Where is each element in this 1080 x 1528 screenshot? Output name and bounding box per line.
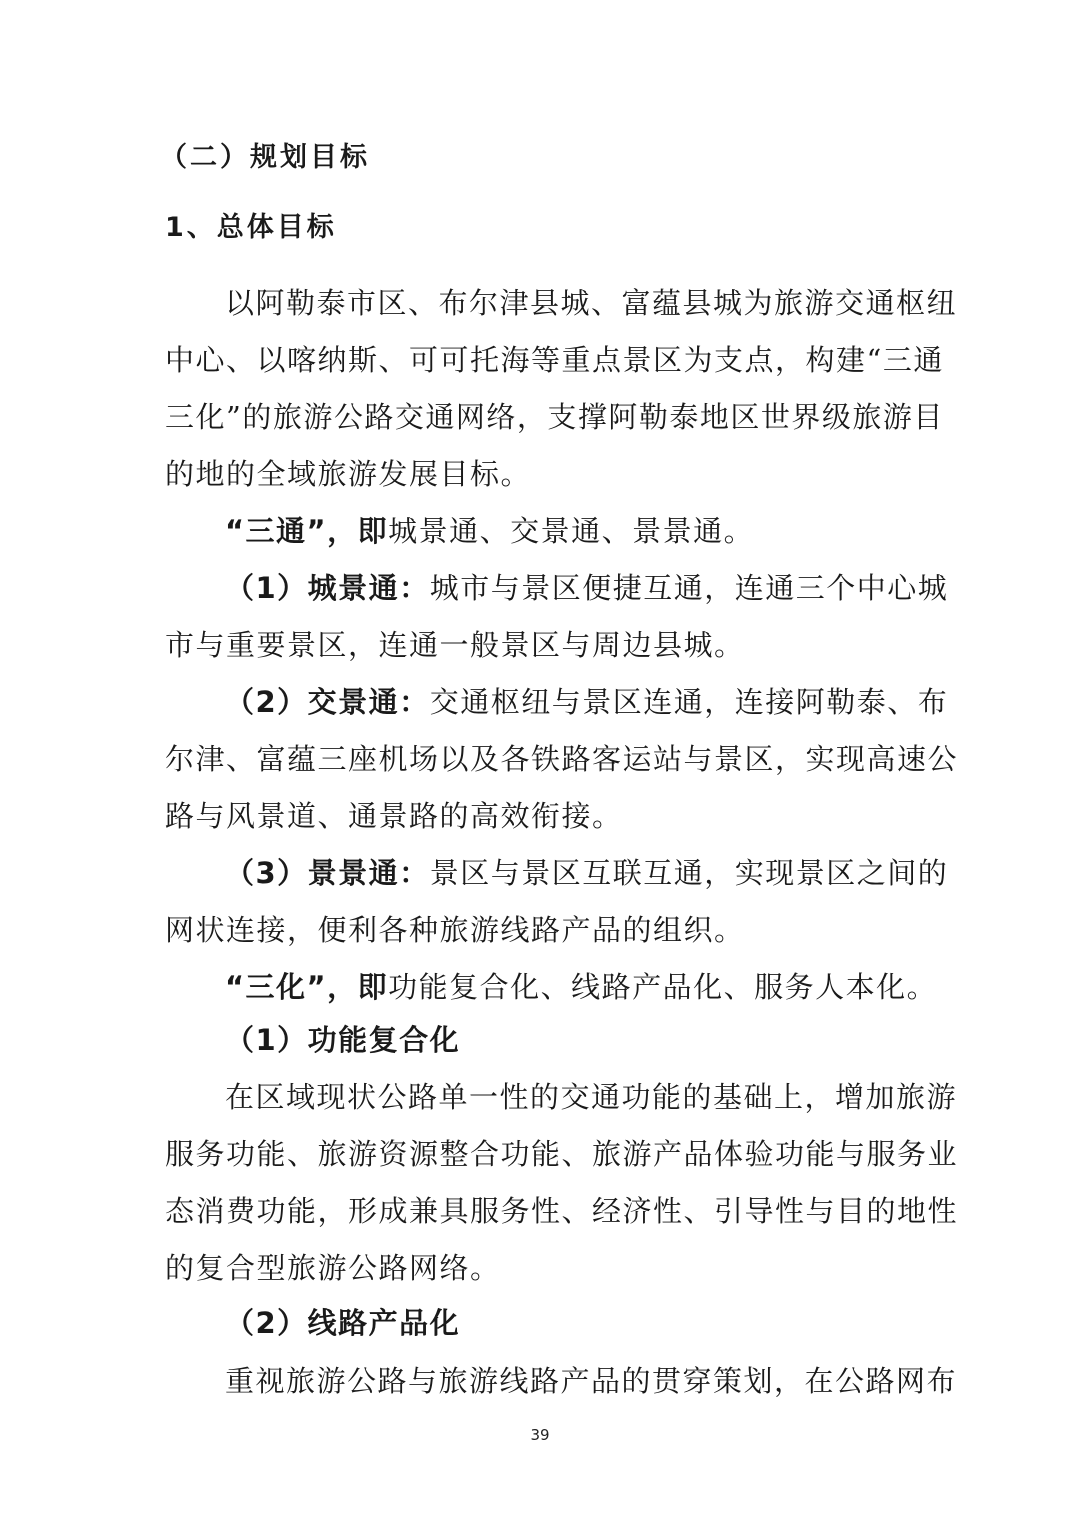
paragraph-line: 尔津、富蕴三座机场以及各铁路客运站与景区，实现高速公: [165, 741, 917, 777]
paragraph-text: 城市与景区便捷互通，连通三个中心城: [430, 571, 949, 605]
santong-item-label: （1）城景通：: [225, 571, 430, 605]
santong-lead-bold: “三通”，即: [225, 514, 388, 548]
paragraph-line: 重视旅游公路与旅游线路产品的贯穿策划，在公路网布: [225, 1363, 917, 1399]
page-number: 39: [0, 1426, 1080, 1444]
santong-item-label: （2）交景通：: [225, 685, 430, 719]
santong-item-2-line: （2）交景通：交通枢纽与景区连通，连接阿勒泰、布: [225, 684, 917, 720]
sanhua-item-2-heading: （2）线路产品化: [225, 1305, 460, 1341]
paragraph-line: 市与重要景区，连通一般景区与周边县城。: [165, 627, 745, 663]
subsection-heading: 1、总体目标: [165, 210, 337, 246]
sanhua-lead-bold: “三化”，即: [225, 970, 388, 1004]
santong-item-1-line: （1）城景通：城市与景区便捷互通，连通三个中心城: [225, 570, 917, 606]
santong-item-label: （3）景景通：: [225, 856, 430, 890]
document-page: （二）规划目标 1、总体目标 以阿勒泰市区、布尔津县城、富蕴县城为旅游交通枢纽 …: [0, 0, 1080, 1528]
section-heading: （二）规划目标: [160, 140, 370, 176]
paragraph-line: 三化”的旅游公路交通网络，支撑阿勒泰地区世界级旅游目: [165, 399, 917, 435]
santong-item-3-line: （3）景景通：景区与景区互联互通，实现景区之间的: [225, 855, 917, 891]
sanhua-lead-rest: 功能复合化、线路产品化、服务人本化。: [388, 970, 937, 1004]
paragraph-text: 景区与景区互联互通，实现景区之间的: [430, 856, 949, 890]
paragraph-line: 态消费功能，形成兼具服务性、经济性、引导性与目的地性: [165, 1193, 917, 1229]
santong-lead: “三通”，即城景通、交景通、景景通。: [225, 513, 754, 549]
paragraph-text: 交通枢纽与景区连通，连接阿勒泰、布: [430, 685, 949, 719]
paragraph-line: 以阿勒泰市区、布尔津县城、富蕴县城为旅游交通枢纽: [225, 285, 917, 321]
paragraph-line: 在区域现状公路单一性的交通功能的基础上，增加旅游: [225, 1079, 917, 1115]
paragraph-line: 的复合型旅游公路网络。: [165, 1250, 501, 1286]
paragraph-line: 中心、以喀纳斯、可可托海等重点景区为支点，构建“三通: [165, 342, 917, 378]
paragraph-line: 服务功能、旅游资源整合功能、旅游产品体验功能与服务业: [165, 1136, 917, 1172]
paragraph-line: 网状连接，便利各种旅游线路产品的组织。: [165, 912, 745, 948]
paragraph-line: 的地的全域旅游发展目标。: [165, 456, 531, 492]
santong-lead-rest: 城景通、交景通、景景通。: [388, 514, 754, 548]
sanhua-lead: “三化”，即功能复合化、线路产品化、服务人本化。: [225, 969, 917, 1005]
paragraph-line: 路与风景道、通景路的高效衔接。: [165, 798, 623, 834]
sanhua-item-1-heading: （1）功能复合化: [225, 1022, 460, 1058]
